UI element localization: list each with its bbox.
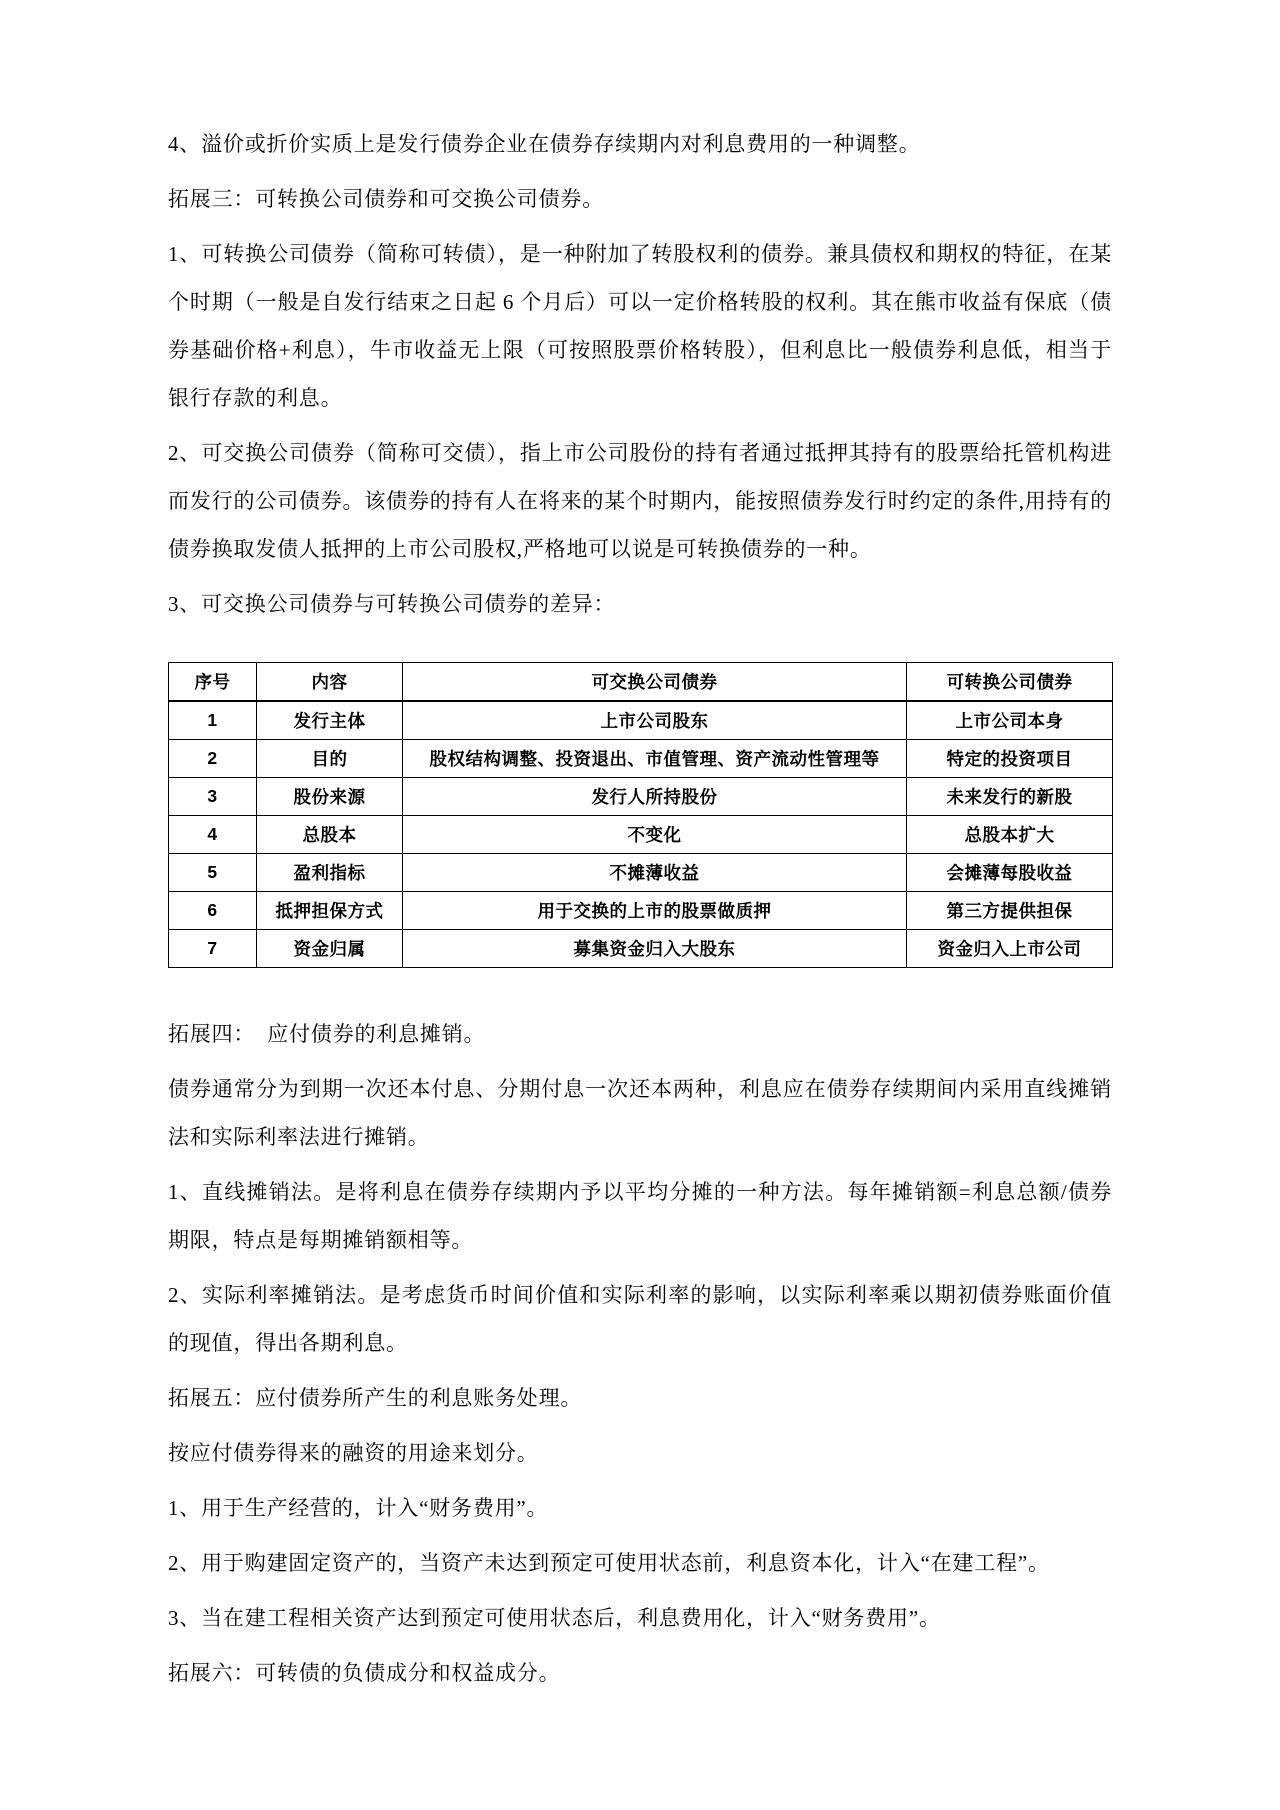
table-header-cell: 内容	[257, 663, 403, 702]
paragraph: 3、可交换公司债券与可转换公司债券的差异：	[168, 580, 1112, 628]
paragraph: 拓展三：可转换公司债券和可交换公司债券。	[168, 175, 1112, 223]
table-cell: 总股本	[257, 816, 403, 854]
table-row: 6抵押担保方式用于交换的上市的股票做质押第三方提供担保	[169, 892, 1113, 930]
table-cell: 用于交换的上市的股票做质押	[403, 892, 907, 930]
table-body: 1发行主体上市公司股东上市公司本身2目的股权结构调整、投资退出、市值管理、资产流…	[169, 701, 1113, 968]
paragraph: 拓展六：可转债的负债成分和权益成分。	[168, 1649, 1112, 1697]
table-cell: 股份来源	[257, 778, 403, 816]
table-cell: 特定的投资项目	[907, 740, 1113, 778]
table-cell: 第三方提供担保	[907, 892, 1113, 930]
paragraph: 按应付债券得来的融资的用途来划分。	[168, 1429, 1112, 1477]
paragraph: 1、可转换公司债券（简称可转债），是一种附加了转股权利的债券。兼具债权和期权的特…	[168, 230, 1112, 422]
section-before-table: 4、溢价或折价实质上是发行债券企业在债券存续期内对利息费用的一种调整。拓展三：可…	[168, 120, 1112, 628]
table-cell: 6	[169, 892, 257, 930]
section-after-table: 拓展四： 应付债券的利息摊销。债券通常分为到期一次还本付息、分期付息一次还本两种…	[168, 1010, 1112, 1697]
table-row: 4总股本不变化总股本扩大	[169, 816, 1113, 854]
table-cell: 5	[169, 854, 257, 892]
paragraph: 2、用于购建固定资产的，当资产未达到预定可使用状态前，利息资本化，计入“在建工程…	[168, 1539, 1112, 1587]
table-cell: 资金归入上市公司	[907, 930, 1113, 968]
table-cell: 4	[169, 816, 257, 854]
paragraph: 拓展四： 应付债券的利息摊销。	[168, 1010, 1112, 1058]
table-cell: 抵押担保方式	[257, 892, 403, 930]
table-header-cell: 可转换公司债券	[907, 663, 1113, 702]
table-cell: 发行主体	[257, 701, 403, 740]
paragraph: 债券通常分为到期一次还本付息、分期付息一次还本两种，利息应在债券存续期间内采用直…	[168, 1065, 1112, 1161]
table-cell: 1	[169, 701, 257, 740]
paragraph: 1、用于生产经营的，计入“财务费用”。	[168, 1484, 1112, 1532]
table-cell: 不摊薄收益	[403, 854, 907, 892]
paragraph: 3、当在建工程相关资产达到预定可使用状态后，利息费用化，计入“财务费用”。	[168, 1594, 1112, 1642]
paragraph: 2、可交换公司债券（简称可交债），指上市公司股份的持有者通过抵押其持有的股票给托…	[168, 429, 1112, 573]
table-cell: 发行人所持股份	[403, 778, 907, 816]
table-header-cell: 可交换公司债券	[403, 663, 907, 702]
table-header-row: 序号内容可交换公司债券可转换公司债券	[169, 663, 1113, 702]
table-row: 3股份来源发行人所持股份未来发行的新股	[169, 778, 1113, 816]
table-cell: 上市公司股东	[403, 701, 907, 740]
table-cell: 不变化	[403, 816, 907, 854]
table-cell: 盈利指标	[257, 854, 403, 892]
comparison-table: 序号内容可交换公司债券可转换公司债券 1发行主体上市公司股东上市公司本身2目的股…	[168, 662, 1113, 968]
table-cell: 7	[169, 930, 257, 968]
paragraph: 1、直线摊销法。是将利息在债券存续期内予以平均分摊的一种方法。每年摊销额=利息总…	[168, 1168, 1112, 1264]
document-content: 4、溢价或折价实质上是发行债券企业在债券存续期内对利息费用的一种调整。拓展三：可…	[0, 0, 1280, 1697]
table-cell: 未来发行的新股	[907, 778, 1113, 816]
table-cell: 会摊薄每股收益	[907, 854, 1113, 892]
table-cell: 3	[169, 778, 257, 816]
table-row: 2目的股权结构调整、投资退出、市值管理、资产流动性管理等特定的投资项目	[169, 740, 1113, 778]
table-cell: 募集资金归入大股东	[403, 930, 907, 968]
table-cell: 2	[169, 740, 257, 778]
table-cell: 目的	[257, 740, 403, 778]
table-cell: 资金归属	[257, 930, 403, 968]
document-page: 4、溢价或折价实质上是发行债券企业在债券存续期内对利息费用的一种调整。拓展三：可…	[0, 0, 1280, 1810]
table-cell: 上市公司本身	[907, 701, 1113, 740]
table-cell: 总股本扩大	[907, 816, 1113, 854]
table-row: 7资金归属募集资金归入大股东资金归入上市公司	[169, 930, 1113, 968]
paragraph: 4、溢价或折价实质上是发行债券企业在债券存续期内对利息费用的一种调整。	[168, 120, 1112, 168]
paragraph: 拓展五：应付债券所产生的利息账务处理。	[168, 1374, 1112, 1422]
paragraph: 2、实际利率摊销法。是考虑货币时间价值和实际利率的影响，以实际利率乘以期初债券账…	[168, 1271, 1112, 1367]
table-row: 5盈利指标不摊薄收益会摊薄每股收益	[169, 854, 1113, 892]
table-row: 1发行主体上市公司股东上市公司本身	[169, 701, 1113, 740]
table-header-cell: 序号	[169, 663, 257, 702]
table-cell: 股权结构调整、投资退出、市值管理、资产流动性管理等	[403, 740, 907, 778]
